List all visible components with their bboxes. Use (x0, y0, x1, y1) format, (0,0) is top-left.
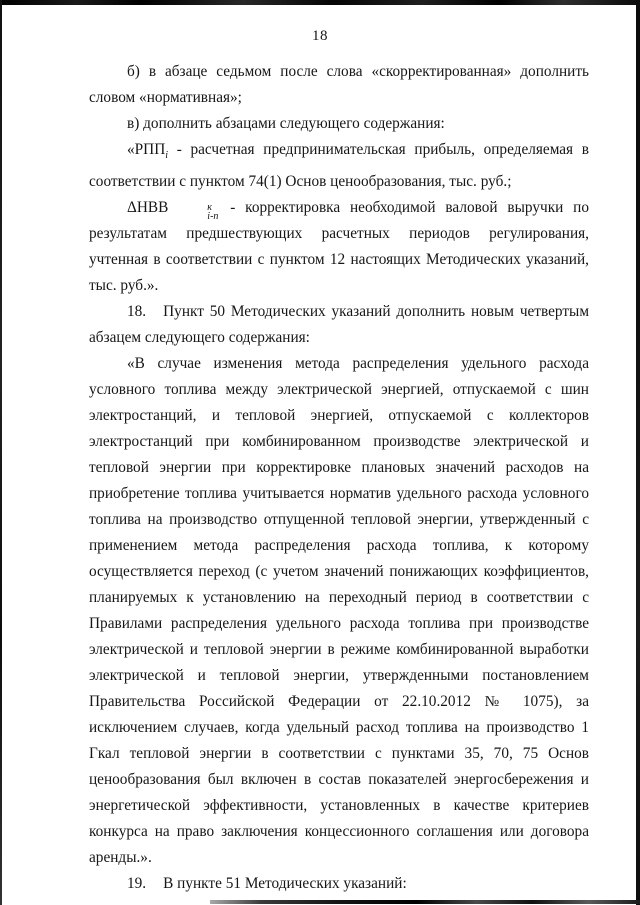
document-body: б) в абзаце седьмом после слова «скоррек… (89, 59, 589, 897)
paragraph: 18.Пункт 50 Методических указаний дополн… (89, 299, 589, 351)
text-run: «РПП (127, 141, 165, 158)
formula-superscript-subscript: кi-n (168, 203, 220, 221)
paragraph: ΔНВВкi-n - корректировка необходимой вал… (89, 195, 589, 299)
text-run: Пункт 50 Методических указаний дополнить… (89, 303, 589, 346)
scan-edge-right (636, 0, 640, 905)
text-run: «В случае изменения метода распределения… (89, 355, 589, 866)
paragraph: б) в абзаце седьмом после слова «скоррек… (89, 59, 589, 111)
text-run: б) в абзаце седьмом после слова «скоррек… (89, 63, 589, 106)
paragraph: «РППi - расчетная предпринимательская пр… (89, 137, 589, 195)
paragraph: «В случае изменения метода распределения… (89, 351, 589, 871)
text-run: 18. (127, 303, 146, 320)
text-run: В пункте 51 Методических указаний: (163, 875, 407, 892)
scan-edge-bottom (210, 900, 640, 904)
paragraph: 19.В пункте 51 Методических указаний: (89, 871, 589, 897)
scan-edge-top (0, 0, 640, 5)
document-page: 18 б) в абзаце седьмом после слова «скор… (0, 0, 640, 905)
scan-edge-left (0, 0, 2, 905)
page-number: 18 (0, 0, 640, 45)
paragraph: в) дополнить абзацами следующего содержа… (89, 111, 589, 137)
text-run: ΔНВВ (127, 199, 168, 216)
text-run: в) дополнить абзацами следующего содержа… (127, 115, 445, 132)
text-run: 19. (127, 875, 146, 892)
